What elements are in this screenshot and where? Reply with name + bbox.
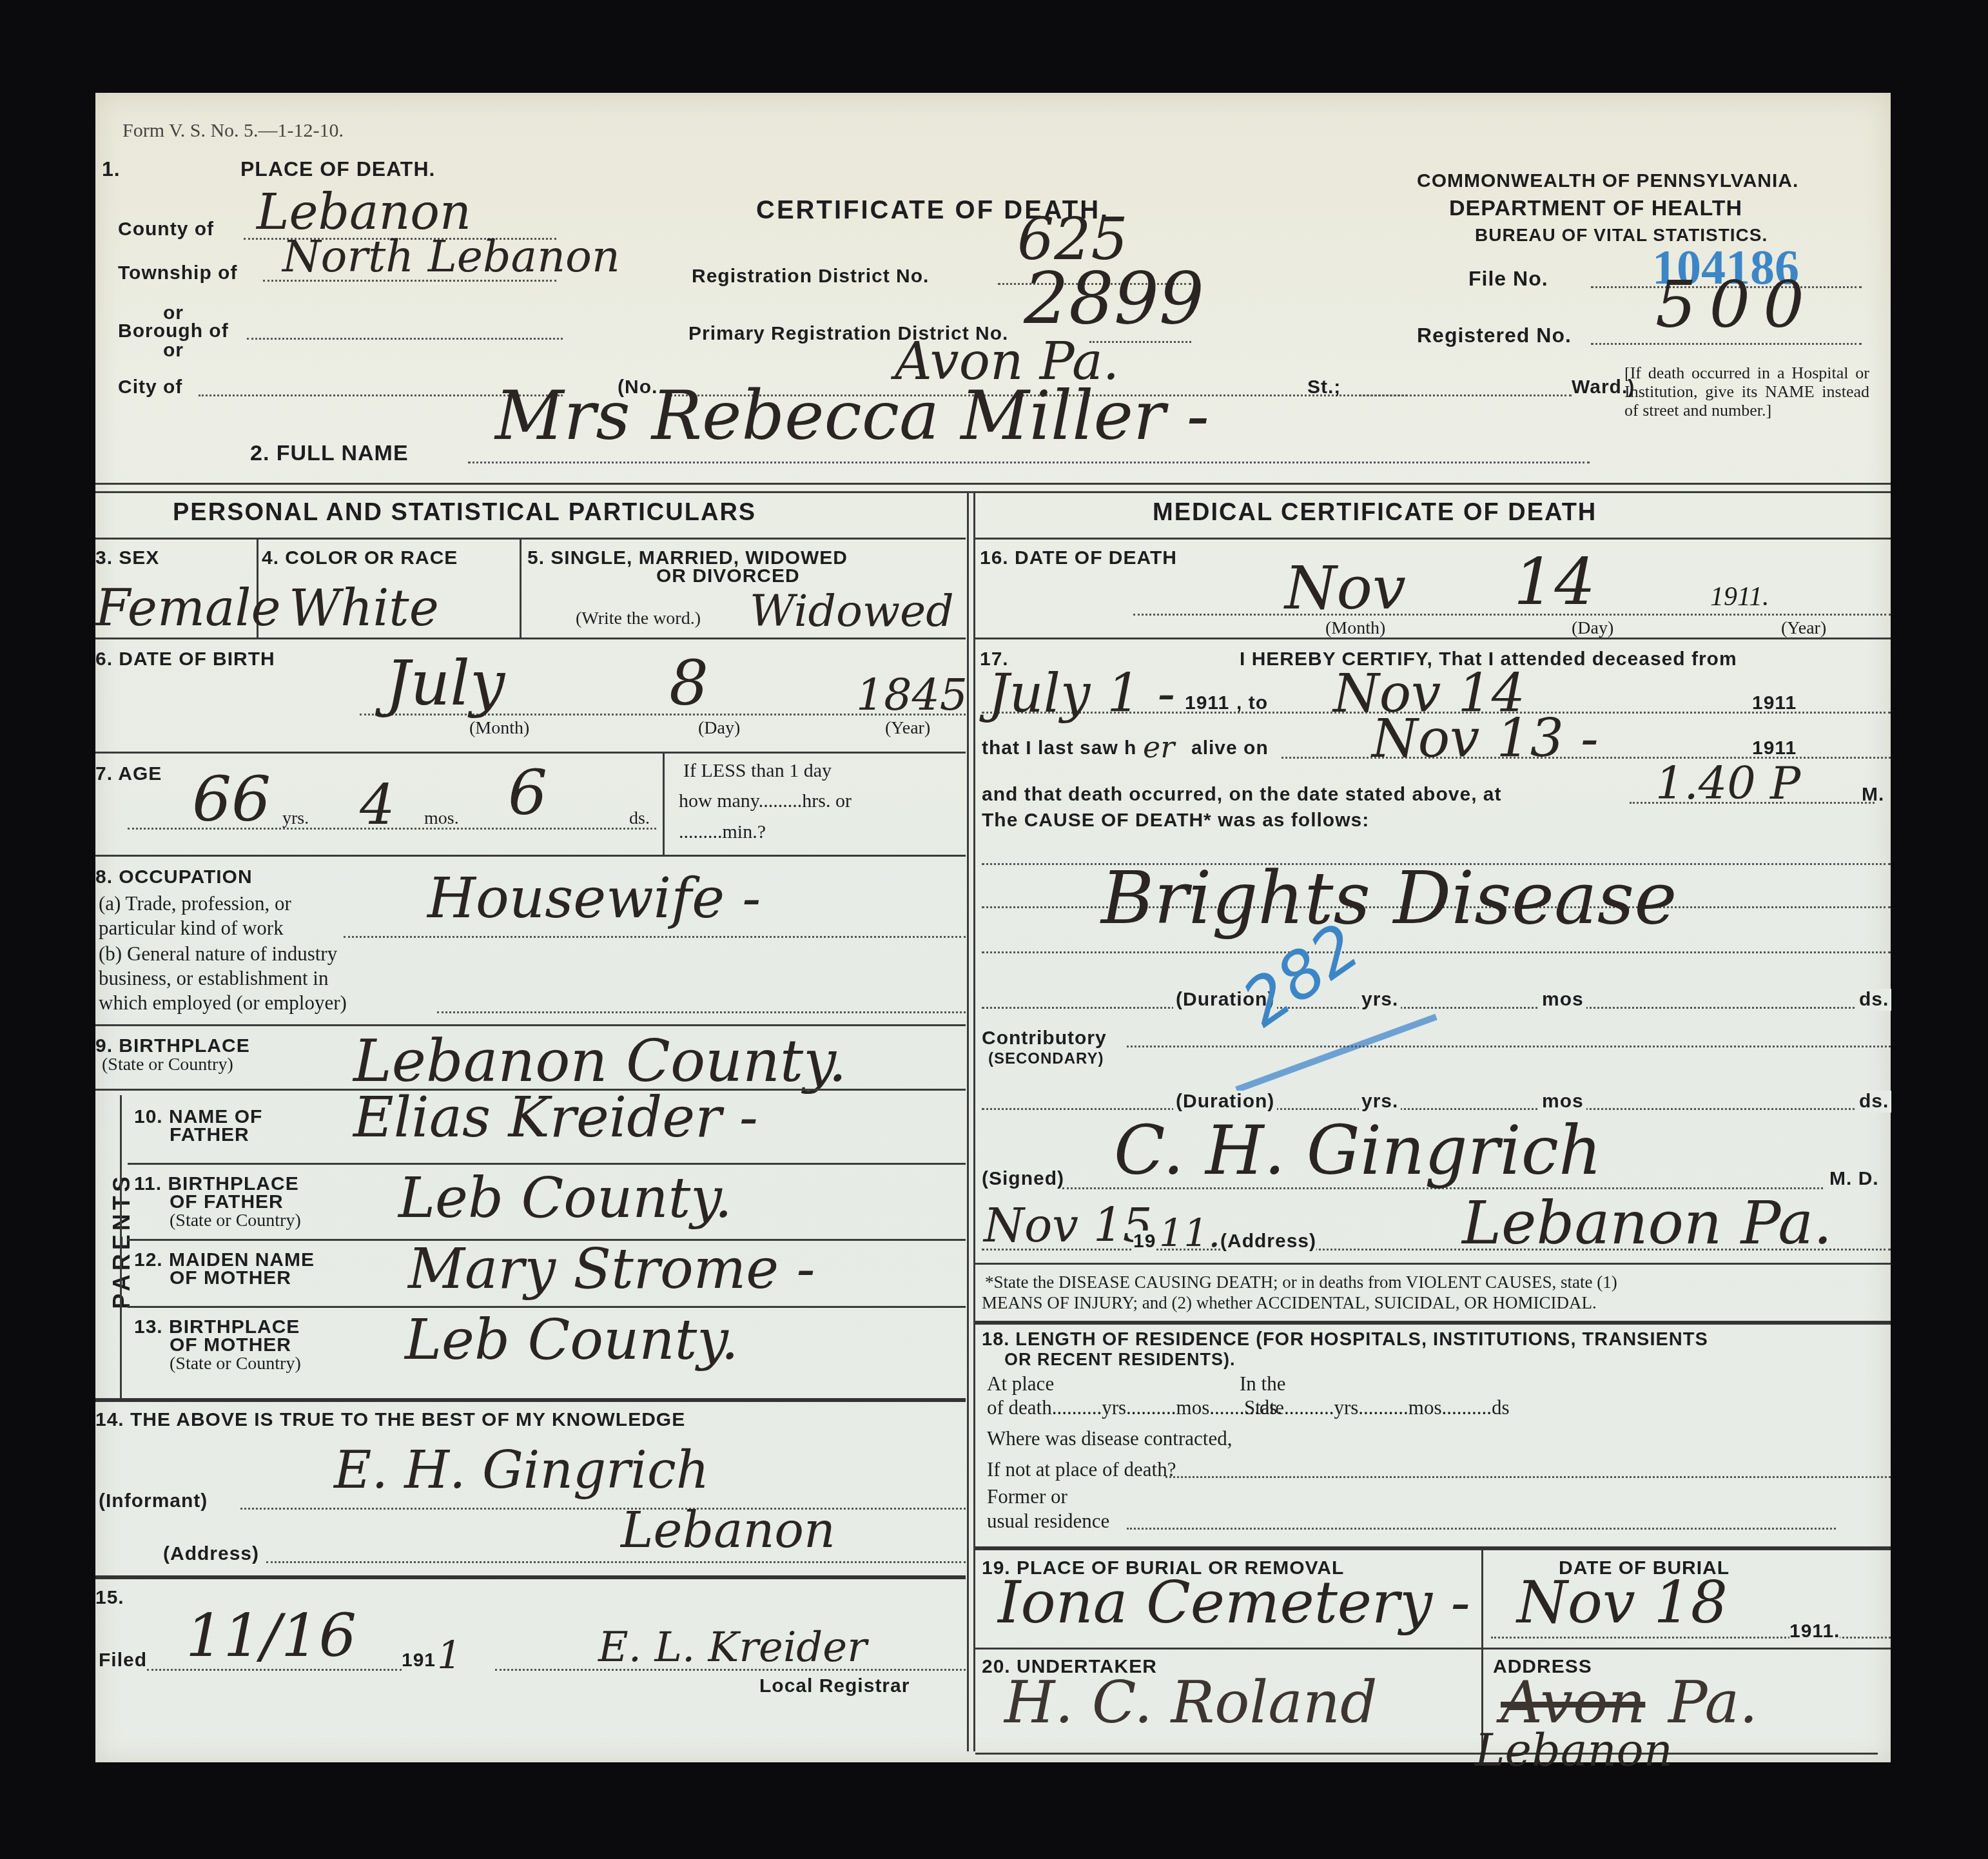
- rule: [975, 1263, 1891, 1265]
- dob-day: 8: [669, 647, 708, 719]
- cell-divider: [520, 538, 521, 638]
- township-value: North Lebanon: [282, 231, 620, 282]
- dob-month-caption: (Month): [469, 718, 529, 739]
- burial-date-year: 1911.: [1789, 1621, 1840, 1642]
- less-than-day-3: .........min.?: [679, 821, 766, 843]
- dob-label: 6. DATE OF BIRTH: [95, 648, 275, 670]
- dob-day-caption: (Day): [698, 718, 740, 739]
- rule: [975, 1321, 1891, 1325]
- full-name-label: 2. FULL NAME: [250, 441, 409, 466]
- rule: [95, 1575, 966, 1579]
- in-state-2: State..........yrs..........mos.........…: [1244, 1396, 1510, 1419]
- age-years: 66: [192, 763, 271, 835]
- rule: [95, 1024, 966, 1026]
- contributory-ds-label: ds.: [1856, 1091, 1891, 1113]
- alive-on-label: alive on: [1191, 737, 1269, 759]
- contributory-duration-dotline: [982, 1108, 1891, 1110]
- former-residence-2: usual residence: [987, 1510, 1109, 1533]
- contributory-duration-label: (Duration): [1173, 1091, 1277, 1113]
- marital-label-2: OR DIVORCED: [656, 565, 800, 587]
- rule: [975, 1546, 1891, 1550]
- street-suffix: St.;: [1307, 376, 1341, 398]
- rule: [95, 491, 1891, 493]
- marital-hint: (Write the word.): [576, 608, 701, 629]
- filing-section-number: 15.: [95, 1587, 124, 1609]
- medical-heading: MEDICAL CERTIFICATE OF DEATH: [1153, 499, 1597, 527]
- age-months: 4: [360, 773, 395, 837]
- mother-maiden-label-2: OF MOTHER: [170, 1267, 291, 1289]
- informant-address-label: (Address): [163, 1543, 259, 1565]
- signed-value: C. H. Gingrich: [1114, 1111, 1602, 1190]
- last-saw-pronoun: er: [1143, 730, 1174, 764]
- contracted-1: Where was disease contracted,: [987, 1427, 1232, 1450]
- county-label: County of: [118, 219, 214, 240]
- age-ds-caption: ds.: [629, 808, 650, 829]
- dob-year-caption: (Year): [885, 718, 930, 739]
- informant-value: E. H. Gingrich: [334, 1440, 709, 1500]
- footnote-line-2: MEANS OF INJURY; and (2) whether ACCIDEN…: [982, 1293, 1597, 1313]
- cause-intro: The CAUSE OF DEATH* was as follows:: [982, 810, 1369, 832]
- parents-bracket: [120, 1095, 122, 1398]
- attended-from-year: 1911: [1185, 692, 1229, 714]
- informant-address-value: Lebanon: [621, 1501, 835, 1559]
- or-label-2: or: [163, 340, 184, 362]
- dod-month: Nov: [1285, 554, 1406, 623]
- dod-month-caption: (Month): [1325, 618, 1385, 639]
- age-label: 7. AGE: [95, 763, 162, 785]
- filed-year-prefix: 191: [402, 1650, 436, 1671]
- rule: [95, 855, 966, 857]
- borough-label: Borough of: [118, 320, 229, 342]
- father-name-label-2: FATHER: [170, 1124, 249, 1146]
- mother-maiden-value: Mary Strome -: [408, 1237, 815, 1301]
- form-id: Form V. S. No. 5.—1-12-10.: [122, 120, 344, 142]
- registrar-label: Local Registrar: [759, 1675, 910, 1697]
- burial-date-value: Nov 18: [1517, 1569, 1728, 1637]
- informant-dotline: [240, 1508, 966, 1510]
- registration-district-label: Registration District No.: [692, 266, 929, 287]
- occupation-value: Housewife -: [427, 866, 761, 931]
- filed-value: 11/16: [186, 1601, 356, 1670]
- full-name-value: Mrs Rebecca Miller -: [495, 376, 1209, 455]
- cause-value: Brights Disease: [1101, 857, 1677, 940]
- last-saw-date: Nov 13 -: [1372, 708, 1599, 770]
- dod-year-caption: (Year): [1781, 618, 1826, 639]
- father-birthplace-label-3: (State or Country): [170, 1211, 301, 1231]
- rule: [128, 1163, 966, 1165]
- burial-place-value: Iona Cemetery -: [998, 1569, 1470, 1637]
- less-than-day-2: how many.........hrs. or: [679, 790, 852, 812]
- rule: [95, 483, 1891, 485]
- sex-value: Female: [95, 579, 281, 638]
- signed-address-value: Lebanon Pa.: [1462, 1189, 1832, 1258]
- duration-dotline: [982, 1007, 1891, 1009]
- at-place-2: of death..........yrs..........mos......…: [987, 1396, 1282, 1419]
- place-of-death-label: PLACE OF DEATH.: [240, 157, 435, 181]
- race-label: 4. COLOR OR RACE: [262, 547, 458, 569]
- rule: [975, 538, 1891, 540]
- dod-label: 16. DATE OF DEATH: [980, 547, 1177, 569]
- mother-birthplace-label-3: (State or Country): [170, 1354, 301, 1374]
- occupation-a2: particular kind of work: [99, 917, 284, 940]
- birthplace-label: 9. BIRTHPLACE: [95, 1035, 250, 1057]
- father-birthplace-label-2: OF FATHER: [170, 1191, 284, 1213]
- contributory-label: Contributory: [982, 1027, 1107, 1049]
- file-no-label: File No.: [1468, 267, 1548, 291]
- attended-to-year: 1911: [1752, 692, 1797, 714]
- registered-no-dotline: [1591, 343, 1862, 345]
- rule: [95, 538, 966, 540]
- last-saw-year: 1911: [1752, 737, 1797, 759]
- race-value: White: [289, 579, 439, 638]
- dod-year: 1911.: [1710, 581, 1769, 612]
- contributory-mos-label: mos: [1539, 1091, 1586, 1113]
- filed-year-suffix: 1: [437, 1633, 462, 1679]
- occupation-b1: (b) General nature of industry: [99, 942, 337, 966]
- dob-month: July: [385, 647, 505, 719]
- attended-from: July 1 -: [988, 663, 1175, 725]
- age-yrs-caption: yrs.: [282, 808, 309, 829]
- signed-date: Nov 15: [984, 1198, 1153, 1252]
- age-days: 6: [508, 757, 547, 829]
- signed-address-label: (Address): [1220, 1231, 1316, 1252]
- contracted-2: If not at place of death?: [987, 1458, 1176, 1481]
- contributory-dotline: [1127, 1046, 1891, 1047]
- former-residence-1: Former or: [987, 1485, 1067, 1508]
- undertaker-address-value: Pa.: [1668, 1669, 1758, 1737]
- sex-label: 3. SEX: [95, 547, 159, 569]
- borough-dotline: [247, 338, 563, 340]
- age-mos-caption: mos.: [424, 808, 459, 829]
- father-name-value: Elias Kreider -: [353, 1085, 758, 1150]
- birthplace-sub: (State or Country): [102, 1055, 233, 1075]
- filed-label: Filed: [99, 1650, 147, 1671]
- registrar-signature: E. L. Kreider: [598, 1624, 867, 1671]
- signed-year-prefix: 19: [1133, 1231, 1156, 1252]
- dod-day-caption: (Day): [1572, 618, 1613, 639]
- city-label: City of: [118, 376, 182, 398]
- section-1-number: 1.: [102, 157, 121, 181]
- primary-district-dotline: [1089, 341, 1191, 343]
- mother-birthplace-label-2: OF MOTHER: [170, 1334, 291, 1356]
- full-name-dotline: [468, 462, 1590, 463]
- dod-day: 14: [1514, 544, 1595, 619]
- footnote-line-1: *State the DISEASE CAUSING DEATH; or in …: [985, 1272, 1617, 1292]
- informant-address-dotline: [266, 1561, 966, 1563]
- to-label: , to: [1236, 692, 1268, 714]
- informant-statement: 14. THE ABOVE IS TRUE TO THE BEST OF MY …: [95, 1409, 685, 1431]
- death-time-text: and that death occurred, on the date sta…: [982, 784, 1501, 806]
- in-state-1: In the: [1240, 1372, 1285, 1396]
- dod-dotline: [1133, 614, 1891, 616]
- agency-commonwealth: COMMONWEALTH OF PENNSYLVANIA.: [1417, 170, 1798, 192]
- occupation-b3: which employed (or employer): [99, 991, 347, 1015]
- rule: [95, 752, 966, 754]
- secondary-label: (SECONDARY): [988, 1050, 1104, 1068]
- residence-label-2: OR RECENT RESIDENTS).: [1004, 1350, 1236, 1370]
- last-saw-prefix: that I last saw h: [982, 737, 1136, 759]
- agency-department: DEPARTMENT OF HEALTH: [1449, 196, 1742, 221]
- occupation-b-dotline: [437, 1011, 966, 1013]
- primary-district-label: Primary Registration District No.: [688, 323, 1008, 345]
- mother-birthplace-value: Leb County.: [405, 1308, 739, 1372]
- column-divider: [973, 491, 975, 1751]
- ward-dotline: [1359, 394, 1572, 396]
- rule: [975, 638, 1891, 639]
- signed-year-suffix: 11.: [1159, 1211, 1220, 1256]
- undertaker-address-correction: Lebanon: [1475, 1724, 1673, 1776]
- duration-mos-label: mos: [1539, 989, 1586, 1011]
- less-than-day-1: If LESS than 1 day: [683, 760, 832, 782]
- township-label: Township of: [118, 262, 237, 284]
- registered-no-label: Registered No.: [1417, 324, 1572, 347]
- death-certificate: Form V. S. No. 5.—1-12-10. 1. PLACE OF D…: [95, 93, 1891, 1762]
- cause-dotline-3: [982, 951, 1891, 953]
- md-label: M. D.: [1829, 1168, 1879, 1190]
- father-birthplace-value: Leb County.: [398, 1166, 732, 1231]
- rule: [975, 1648, 1891, 1650]
- former-residence-dotline: [1127, 1528, 1836, 1530]
- occupation-label: 8. OCCUPATION: [95, 866, 253, 888]
- contracted-dotline: [1165, 1476, 1891, 1478]
- duration-yrs-label: yrs.: [1359, 989, 1401, 1011]
- primary-district-value: 2899: [1024, 257, 1204, 340]
- death-time-value: 1.40 P: [1655, 757, 1800, 810]
- rule: [95, 1398, 966, 1402]
- death-time-suffix: M.: [1862, 784, 1884, 806]
- rule: [975, 1753, 1878, 1755]
- marital-value: Widowed: [750, 586, 954, 637]
- dob-year: 1845: [856, 670, 968, 721]
- at-place-1: At place: [987, 1372, 1054, 1396]
- residence-label: 18. LENGTH OF RESIDENCE (FOR HOSPITALS, …: [982, 1329, 1708, 1350]
- cell-divider: [663, 752, 665, 855]
- duration-ds-label: ds.: [1856, 989, 1891, 1011]
- occupation-a1: (a) Trade, profession, or: [99, 892, 291, 915]
- hospital-note: [If death occurred in a Hospital or Inst…: [1624, 364, 1869, 420]
- contributory-yrs-label: yrs.: [1359, 1091, 1401, 1113]
- rule: [95, 638, 966, 639]
- personal-heading: PERSONAL AND STATISTICAL PARTICULARS: [173, 499, 756, 527]
- informant-label: (Informant): [99, 1490, 208, 1512]
- occupation-a-dotline: [344, 936, 966, 938]
- registered-no-value: 500: [1655, 267, 1817, 342]
- undertaker-value: H. C. Roland: [1004, 1669, 1378, 1737]
- occupation-b2: business, or establishment in: [99, 967, 328, 990]
- signed-label: (Signed): [982, 1168, 1064, 1190]
